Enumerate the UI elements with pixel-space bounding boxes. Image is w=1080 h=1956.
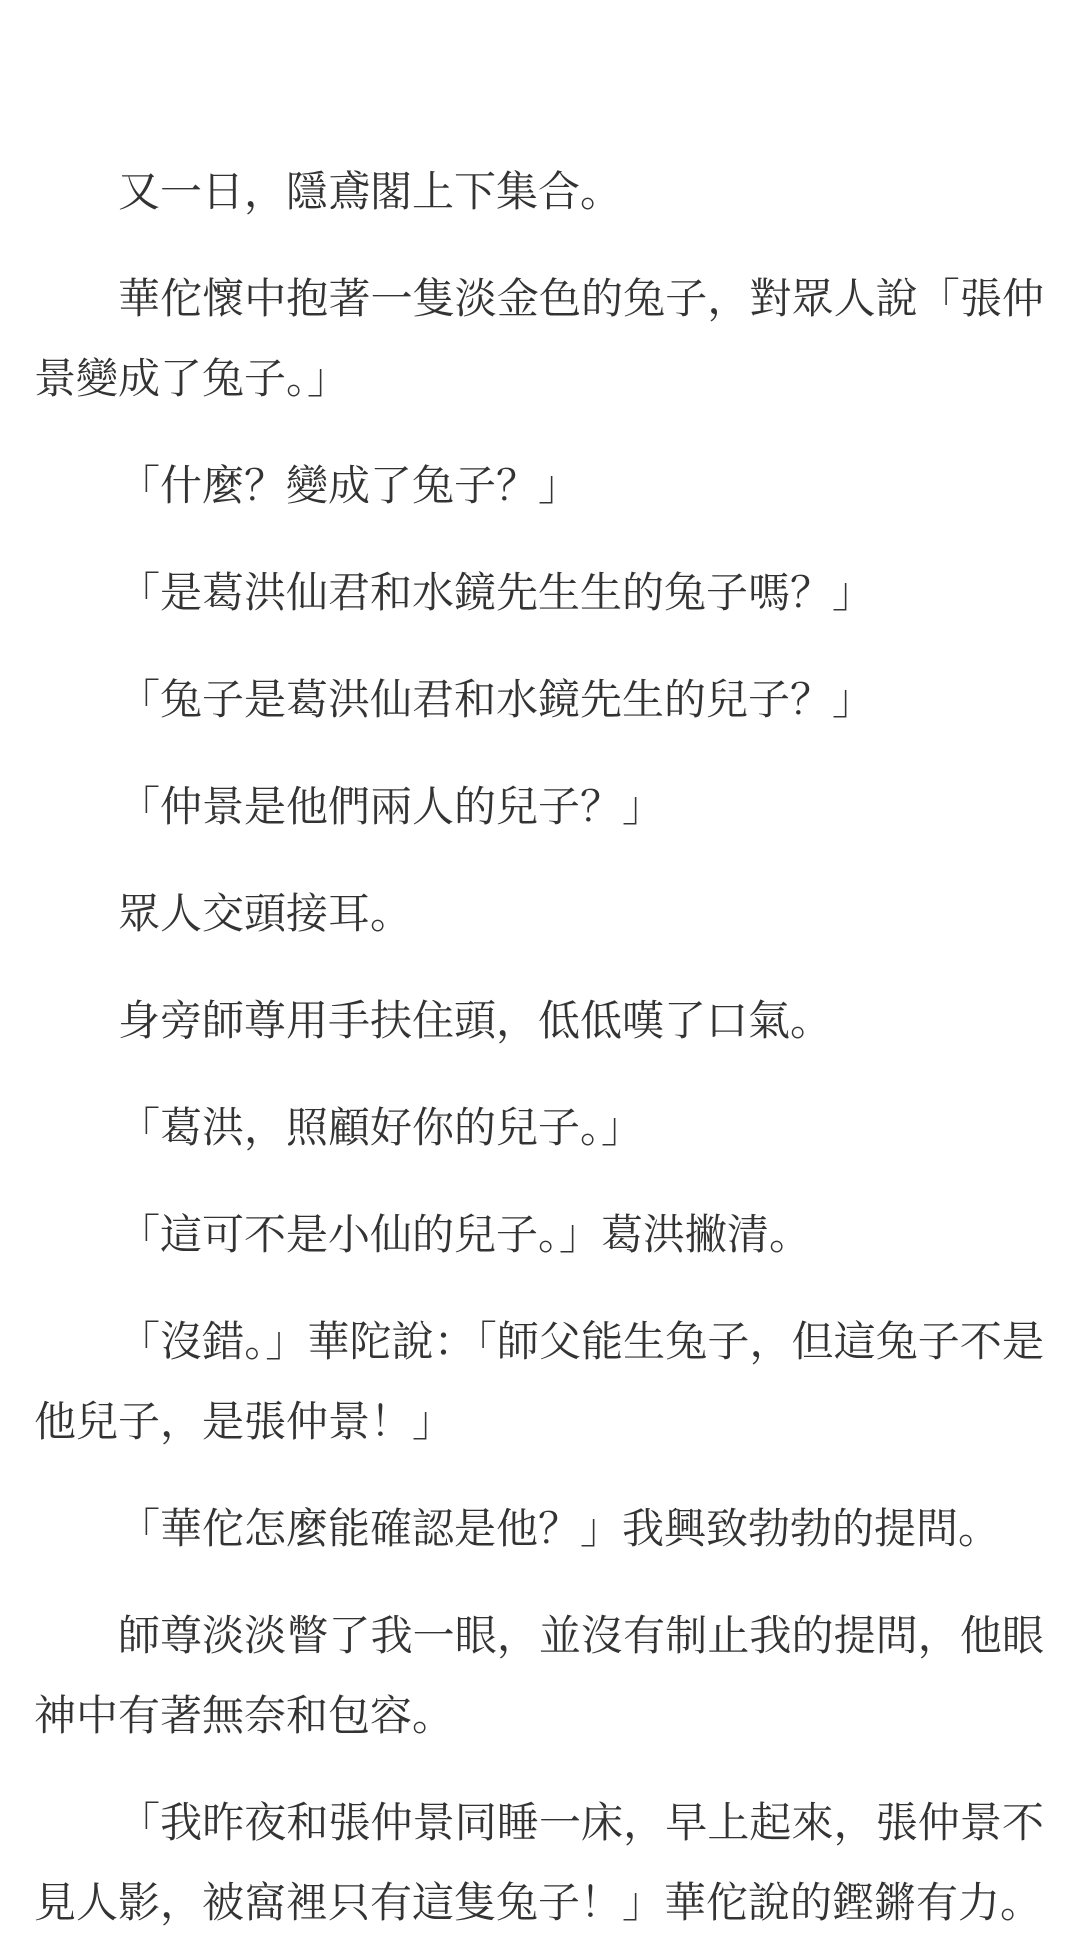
paragraph: 「兔子是葛洪仙君和水鏡先生的兒子？」 — [34, 660, 1044, 740]
paragraph: 身旁師尊用手扶住頭，低低嘆了口氣。 — [34, 981, 1044, 1061]
paragraph: 又一日，隱鳶閣上下集合。 — [34, 152, 1044, 232]
paragraph: 師尊淡淡瞥了我一眼，並沒有制止我的提問，他眼神中有著無奈和包容。 — [34, 1596, 1044, 1756]
paragraph: 「葛洪，照顧好你的兒子。」 — [34, 1088, 1044, 1168]
paragraph: 眾人交頭接耳。 — [34, 874, 1044, 954]
paragraph: 「沒錯。」華陀說：「師父能生兔子，但這兔子不是他兒子，是張仲景！」 — [34, 1302, 1044, 1462]
paragraph: 「這可不是小仙的兒子。」葛洪撇清。 — [34, 1195, 1044, 1275]
paragraph: 華佗懷中抱著一隻淡金色的兔子，對眾人說「張仲景變成了兔子。」 — [34, 259, 1044, 419]
reading-page: 又一日，隱鳶閣上下集合。 華佗懷中抱著一隻淡金色的兔子，對眾人說「張仲景變成了兔… — [0, 0, 1080, 1956]
paragraph: 「華佗怎麼能確認是他？」我興致勃勃的提問。 — [34, 1489, 1044, 1569]
paragraph: 「我昨夜和張仲景同睡一床，早上起來，張仲景不見人影，被窩裡只有這隻兔子！」華佗說… — [34, 1783, 1044, 1943]
paragraph: 「仲景是他們兩人的兒子？」 — [34, 767, 1044, 847]
paragraph: 「是葛洪仙君和水鏡先生生的兔子嗎？」 — [34, 553, 1044, 633]
paragraph: 「什麼？變成了兔子？」 — [34, 446, 1044, 526]
